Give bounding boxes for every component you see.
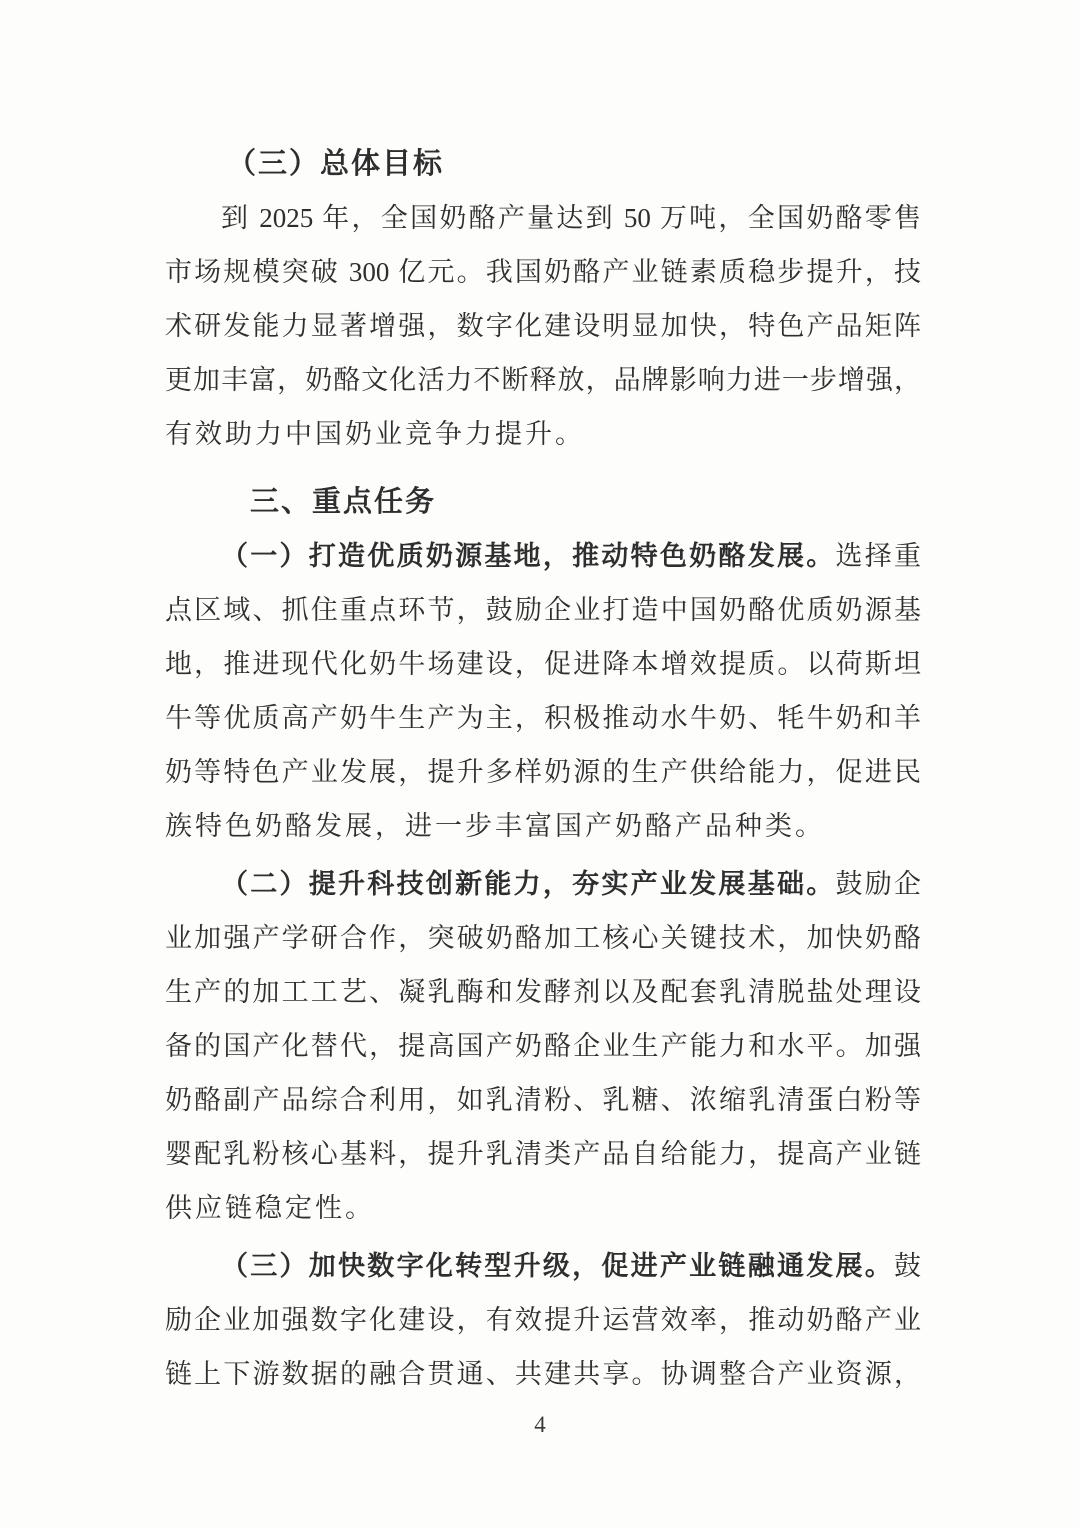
text-line: （三）加快数字化转型升级，促进产业链融通发展。鼓 <box>165 1239 921 1293</box>
text-line: 术研发能力显著增强，数字化建设明显加快，特色产品矩阵 <box>165 299 921 353</box>
text-line: 生产的加工工艺、凝乳酶和发酵剂以及配套乳清脱盐处理设 <box>165 965 921 1019</box>
text-run: 生产的加工工艺、凝乳酶和发酵剂以及配套乳清脱盐处理设 <box>165 977 921 1007</box>
text-run: 到 2025 年，全国奶酪产量达到 50 万吨，全国奶酪零售 <box>221 203 921 233</box>
text-run: 励企业加强数字化建设，有效提升运营效率，推动奶酪产业 <box>165 1305 921 1335</box>
text-run: 族特色奶酪发展，进一步丰富国产奶酪产品种类。 <box>165 811 825 841</box>
bold-text-run: 三、重点任务 <box>250 486 436 518</box>
text-line: 市场规模突破 300 亿元。我国奶酪产业链素质稳步提升，技 <box>165 245 921 299</box>
document-content: （三）总体目标到 2025 年，全国奶酪产量达到 50 万吨，全国奶酪零售市场规… <box>165 137 921 1401</box>
text-run: 婴配乳粉核心基料，提升乳清类产品自给能力，提高产业链 <box>165 1139 921 1169</box>
document-page: （三）总体目标到 2025 年，全国奶酪产量达到 50 万吨，全国奶酪零售市场规… <box>0 0 1080 1527</box>
text-run: 点区域、抓住重点环节，鼓励企业打造中国奶酪优质奶源基 <box>165 595 921 625</box>
text-run: 术研发能力显著增强，数字化建设明显加快，特色产品矩阵 <box>165 311 921 341</box>
text-run: 更加丰富，奶酪文化活力不断释放，品牌影响力进一步增强， <box>165 365 921 395</box>
text-line: 奶等特色产业发展，提升多样奶源的生产供给能力，促进民 <box>165 745 921 799</box>
bold-text-run: （三）加快数字化转型升级，促进产业链融通发展。 <box>221 1251 894 1281</box>
text-run: 选择重 <box>835 541 921 571</box>
section-heading: 三、重点任务 <box>165 475 921 529</box>
text-line: 点区域、抓住重点环节，鼓励企业打造中国奶酪优质奶源基 <box>165 583 921 637</box>
text-line: （二）提升科技创新能力，夯实产业发展基础。鼓励企 <box>165 857 921 911</box>
text-run: 奶酪副产品综合利用，如乳清粉、乳糖、浓缩乳清蛋白粉等 <box>165 1085 921 1115</box>
text-line: 励企业加强数字化建设，有效提升运营效率，推动奶酪产业 <box>165 1293 921 1347</box>
text-line: 到 2025 年，全国奶酪产量达到 50 万吨，全国奶酪零售 <box>165 191 921 245</box>
bold-text-run: （二）提升科技创新能力，夯实产业发展基础。 <box>221 869 835 899</box>
text-line: （一）打造优质奶源基地，推动特色奶酪发展。选择重 <box>165 529 921 583</box>
text-line: 婴配乳粉核心基料，提升乳清类产品自给能力，提高产业链 <box>165 1127 921 1181</box>
text-run: 奶等特色产业发展，提升多样奶源的生产供给能力，促进民 <box>165 757 921 787</box>
text-run: 地，推进现代化奶牛场建设，促进降本增效提质。以荷斯坦 <box>165 649 921 679</box>
sub-heading: （三）总体目标 <box>165 137 921 191</box>
text-run: 备的国产化替代，提高国产奶酪企业生产能力和水平。加强 <box>165 1031 921 1061</box>
text-run: 有效助力中国奶业竞争力提升。 <box>165 419 585 449</box>
text-run: 牛等优质高产奶牛生产为主，积极推动水牛奶、牦牛奶和羊 <box>165 703 921 733</box>
text-line: 业加强产学研合作，突破奶酪加工核心关键技术，加快奶酪 <box>165 911 921 965</box>
text-line: 奶酪副产品综合利用，如乳清粉、乳糖、浓缩乳清蛋白粉等 <box>165 1073 921 1127</box>
text-line: 链上下游数据的融合贯通、共建共享。协调整合产业资源， <box>165 1347 921 1401</box>
text-line: 族特色奶酪发展，进一步丰富国产奶酪产品种类。 <box>165 799 921 853</box>
page-number: 4 <box>0 1403 1080 1447</box>
text-line: 更加丰富，奶酪文化活力不断释放，品牌影响力进一步增强， <box>165 353 921 407</box>
text-line: 备的国产化替代，提高国产奶酪企业生产能力和水平。加强 <box>165 1019 921 1073</box>
text-run: 鼓励企 <box>835 869 921 899</box>
text-line: 有效助力中国奶业竞争力提升。 <box>165 407 921 461</box>
text-run: 链上下游数据的融合贯通、共建共享。协调整合产业资源， <box>165 1359 921 1389</box>
text-line: 牛等优质高产奶牛生产为主，积极推动水牛奶、牦牛奶和羊 <box>165 691 921 745</box>
text-run: 鼓 <box>894 1251 921 1281</box>
text-line: 地，推进现代化奶牛场建设，促进降本增效提质。以荷斯坦 <box>165 637 921 691</box>
bold-text-run: （三）总体目标 <box>227 148 444 180</box>
bold-text-run: （一）打造优质奶源基地，推动特色奶酪发展。 <box>221 541 835 571</box>
text-run: 市场规模突破 300 亿元。我国奶酪产业链素质稳步提升，技 <box>165 257 921 287</box>
text-line: 供应链稳定性。 <box>165 1181 921 1235</box>
text-run: 供应链稳定性。 <box>165 1193 375 1223</box>
text-run: 业加强产学研合作，突破奶酪加工核心关键技术，加快奶酪 <box>165 923 921 953</box>
